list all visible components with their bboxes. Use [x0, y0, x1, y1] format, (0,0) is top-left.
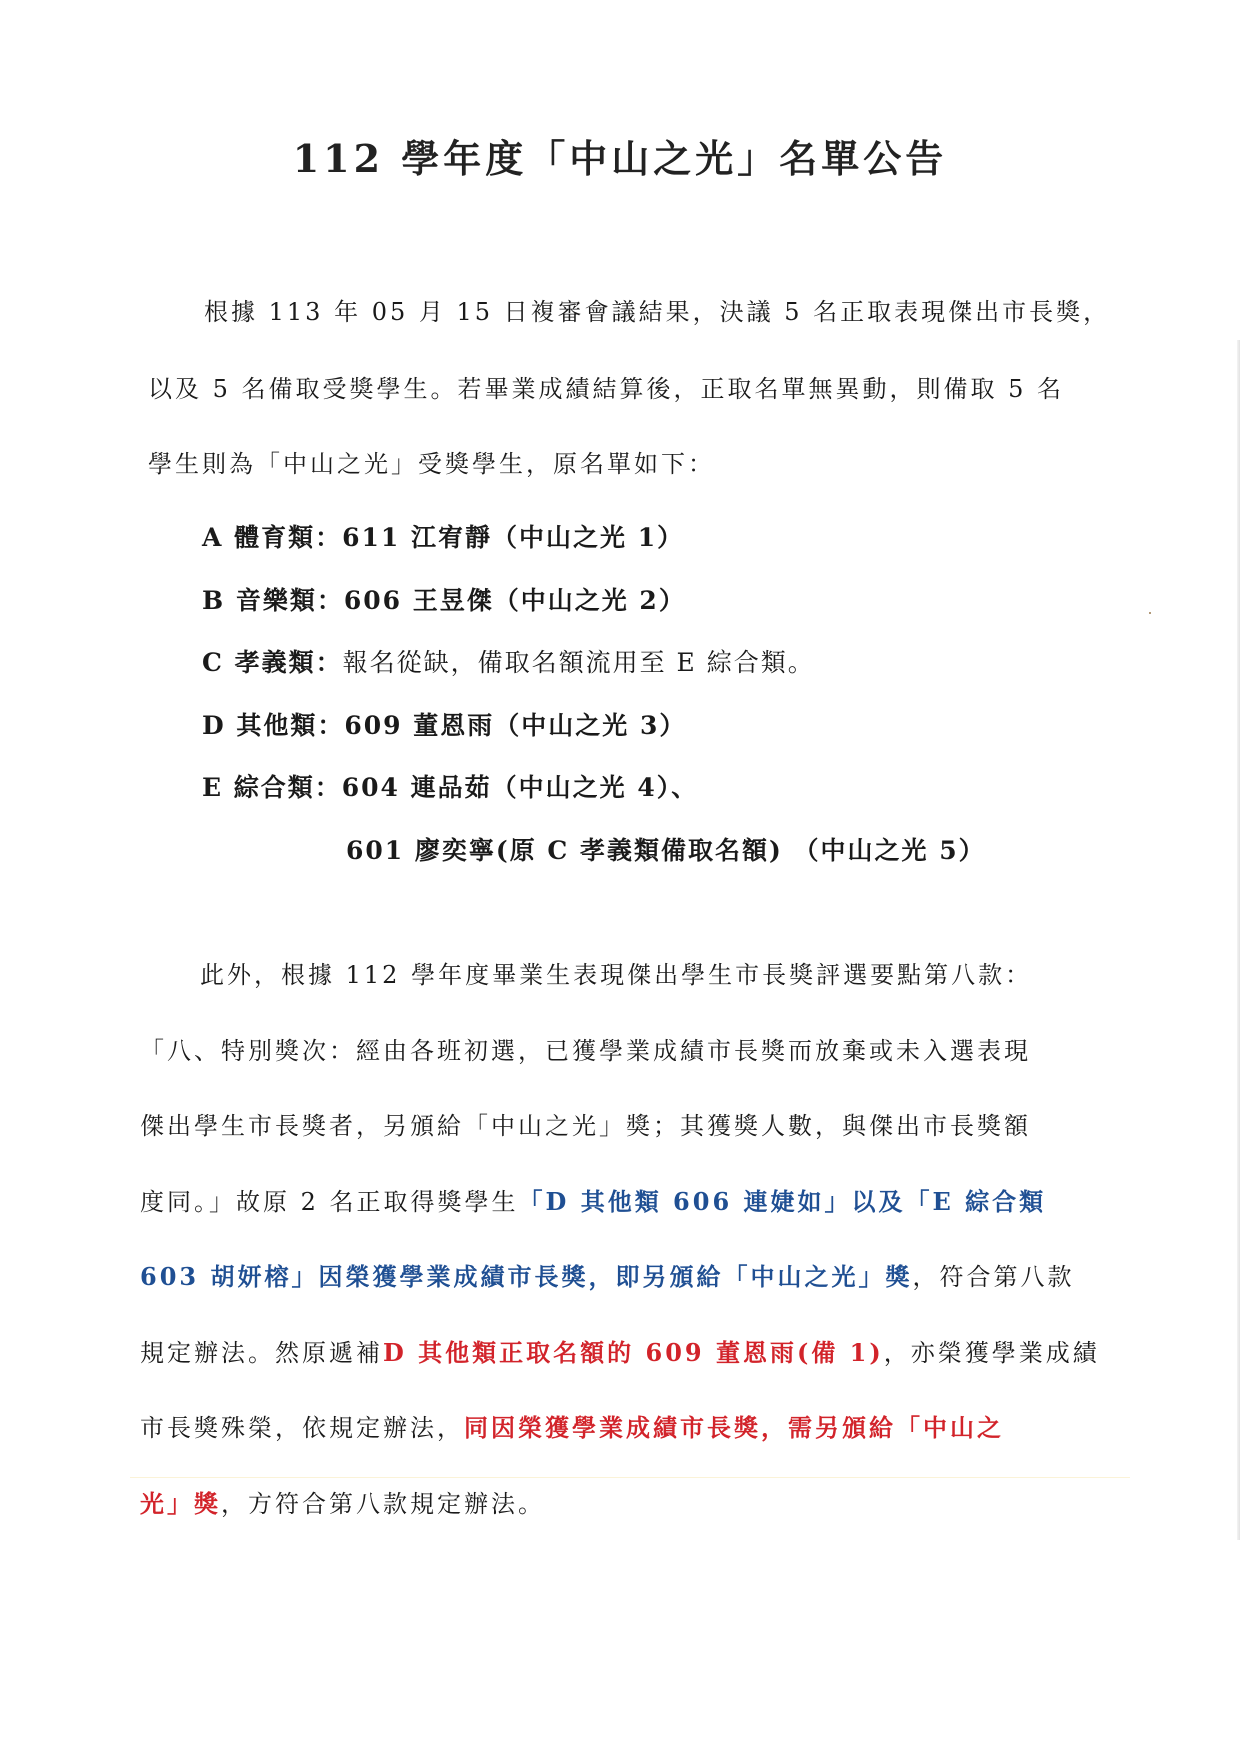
list-item-e: E 綜合類：604 連品茹（中山之光 4）、 [202, 768, 698, 804]
plain-text: 度同。」故原 2 名正取得獎學生 [140, 1188, 519, 1216]
plain-text: ，亦榮獲學業成績 [884, 1339, 1100, 1367]
para2-line-3: 傑出學生市長獎者，另頒給「中山之光」獎；其獲獎人數，與傑出市長獎額 [140, 1106, 1031, 1141]
page-title: 112 學年度「中山之光」名單公告 [0, 128, 1240, 183]
list-item-a: A 體育類：611 江宥靜（中山之光 1） [202, 518, 684, 554]
blue-highlight-text: 603 胡妍榕」因榮獲學業成績市長獎，即另頒給「中山之光」獎 [140, 1262, 912, 1291]
intro-line-1: 根據 113 年 05 月 15 日複審會議結果，決議 5 名正取表現傑出市長獎… [204, 292, 1110, 327]
list-item-d: D 其他類：609 董恩雨（中山之光 3） [202, 706, 686, 742]
list-item-label: D 其他類： [202, 711, 344, 740]
intro-line-3: 學生則為「中山之光」受獎學生，原名單如下： [148, 444, 715, 479]
list-item-value: 611 江宥靜（中山之光 1） [342, 523, 684, 552]
list-item-label: E 綜合類： [202, 773, 342, 802]
para2-line-4: 度同。」故原 2 名正取得獎學生「D 其他類 606 連婕如」以及「E 綜合類 [140, 1182, 1046, 1217]
list-item-label: C 孝義類： [202, 648, 343, 677]
blue-highlight-text: 「D 其他類 606 連婕如」以及「E 綜合類 [519, 1187, 1047, 1216]
scan-speck [1149, 612, 1151, 614]
list-item-c: C 孝義類：報名從缺，備取名額流用至 E 綜合類。 [202, 643, 815, 679]
para2-line-1: 此外，根據 112 學年度畢業生表現傑出學生市長獎評選要點第八款： [200, 955, 1032, 990]
plain-text: ，符合第八款 [912, 1263, 1074, 1291]
scan-artifact-line [130, 1477, 1130, 1478]
list-item-b: B 音樂類：606 王昱傑（中山之光 2） [202, 581, 686, 617]
list-item-value: 601 廖奕寧(原 C 孝義類備取名額) （中山之光 5） [346, 836, 986, 865]
list-item-value: 606 王昱傑（中山之光 2） [344, 586, 686, 615]
document-page: 112 學年度「中山之光」名單公告 根據 113 年 05 月 15 日複審會議… [0, 0, 1240, 1755]
plain-text: 規定辦法。然原遞補 [140, 1339, 383, 1367]
red-highlight-text: 同因榮獲學業成績市長獎，需另頒給「中山之 [464, 1413, 1004, 1442]
red-highlight-text: D 其他類正取名額的 609 董恩雨(備 1) [383, 1338, 884, 1367]
para2-line-8: 光」獎，方符合第八款規定辦法。 [140, 1484, 545, 1519]
list-item-label: B 音樂類： [202, 586, 344, 615]
para2-line-2: 「八、特別獎次：經由各班初選，已獲學業成績市長獎而放棄或未入選表現 [140, 1031, 1031, 1066]
para2-line-6: 規定辦法。然原遞補D 其他類正取名額的 609 董恩雨(備 1)，亦榮獲學業成績 [140, 1333, 1100, 1368]
plain-text: ，方符合第八款規定辦法。 [221, 1490, 545, 1518]
para2-line-7: 市長獎殊榮，依規定辦法，同因榮獲學業成績市長獎，需另頒給「中山之 [140, 1408, 1004, 1443]
list-item-value: 604 連品茹（中山之光 4）、 [342, 773, 699, 802]
para2-line-5: 603 胡妍榕」因榮獲學業成績市長獎，即另頒給「中山之光」獎，符合第八款 [140, 1257, 1074, 1292]
list-item-e-continued: 601 廖奕寧(原 C 孝義類備取名額) （中山之光 5） [346, 831, 986, 867]
list-item-value: 報名從缺，備取名額流用至 E 綜合類。 [343, 648, 815, 677]
list-item-value: 609 董恩雨（中山之光 3） [344, 711, 686, 740]
intro-line-2: 以及 5 名備取受獎學生。若畢業成績結算後，正取名單無異動，則備取 5 名 [148, 369, 1064, 404]
list-item-label: A 體育類： [202, 523, 342, 552]
red-highlight-text: 光」獎 [140, 1489, 221, 1518]
plain-text: 市長獎殊榮，依規定辦法， [140, 1414, 464, 1442]
